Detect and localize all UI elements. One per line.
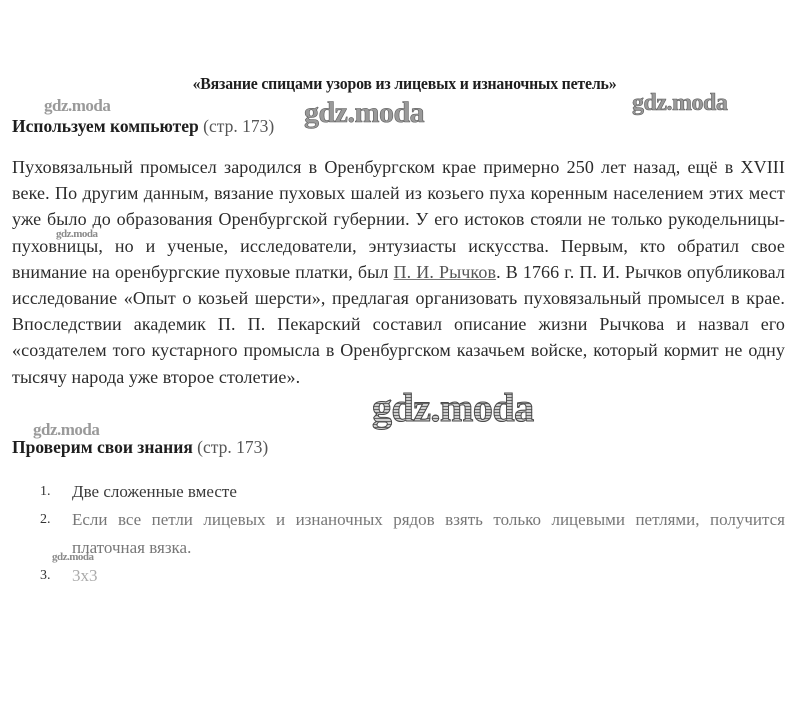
answer-number: 3. <box>40 562 51 590</box>
watermark: gdz.moda <box>44 96 110 116</box>
watermark: gdz.moda <box>372 384 534 431</box>
rychkov-link[interactable]: П. И. Рычков <box>394 262 497 282</box>
heading-text: Используем компьютер <box>12 116 199 136</box>
answer-text: Две сложенные вместе <box>72 482 237 501</box>
answer-text: Если все петли лицевых и изнаночных рядо… <box>72 510 785 557</box>
page-reference: (стр. 173) <box>199 116 274 136</box>
answer-number: 1. <box>40 478 51 506</box>
answers-list: 1. Две сложенные вместе 2. Если все петл… <box>40 478 785 590</box>
answer-item: 2. Если все петли лицевых и изнаночных р… <box>40 506 785 562</box>
section-heading-knowledge: Проверим свои знания (стр. 173) <box>12 437 268 458</box>
heading-text: Проверим свои знания <box>12 437 193 457</box>
document-page: «Вязание спицами узоров из лицевых и изн… <box>0 0 809 713</box>
watermark: gdz.moda <box>632 90 727 117</box>
section-heading-computer: Используем компьютер (стр. 173) <box>12 116 274 137</box>
watermark: gdz.moda <box>304 96 424 130</box>
answer-item: 1. Две сложенные вместе <box>40 478 785 506</box>
answer-item: 3. 3x3 <box>40 562 785 590</box>
answer-number: 2. <box>40 506 51 534</box>
answer-text: 3x3 <box>72 566 98 585</box>
page-reference: (стр. 173) <box>193 437 268 457</box>
history-paragraph: Пуховязальный промысел зародился в Оренб… <box>12 154 785 390</box>
